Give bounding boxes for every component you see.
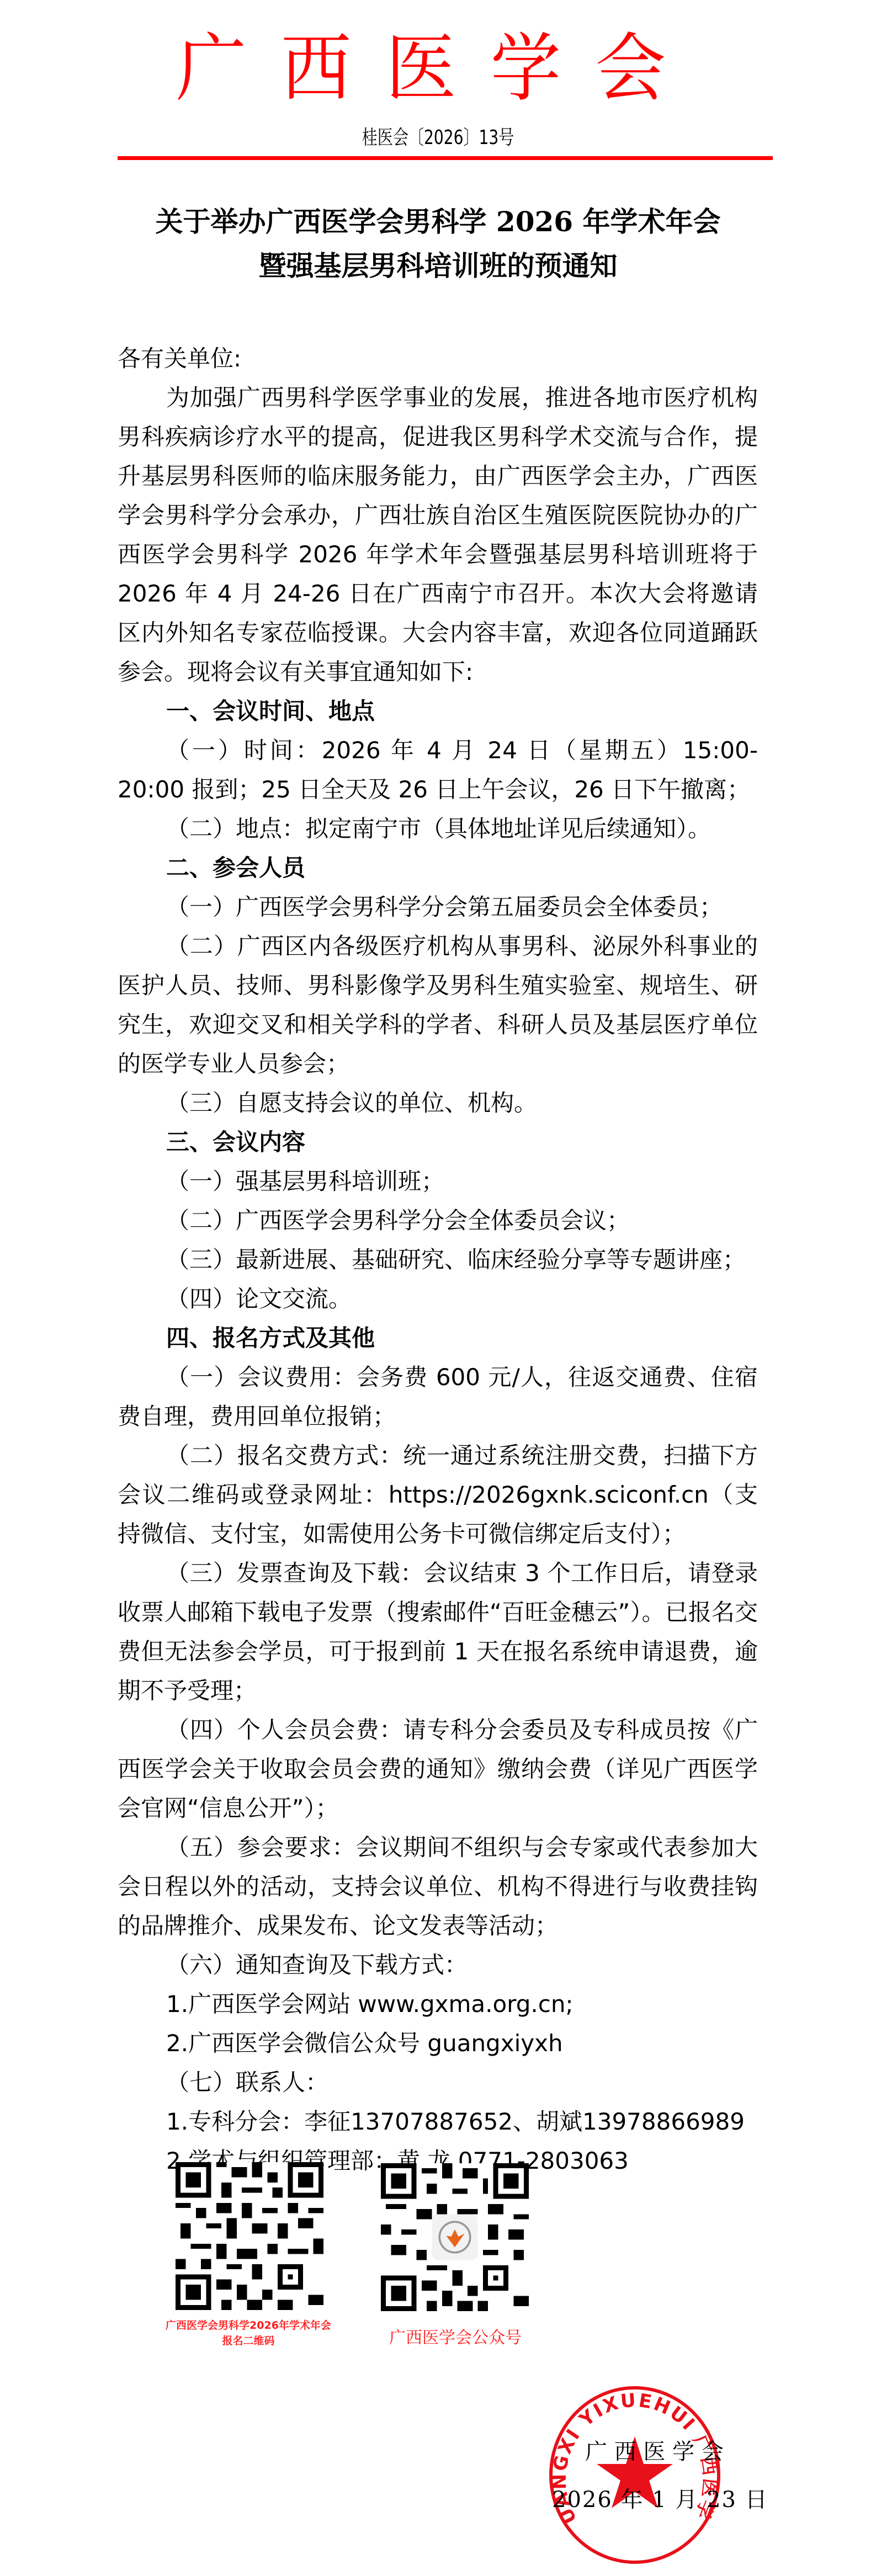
section-item: （一）广西医学会男科学分会第五届委员会全体委员； [118,887,758,927]
section-item-registration-url[interactable]: （二）报名交费方式：统一通过系统注册交费，扫描下方会议二维码或登录网址：http… [118,1436,758,1553]
download-website-link[interactable]: 1.广西医学会网站 www.gxma.org.cn; [118,1984,758,2024]
letterhead-divider [118,156,773,160]
document-number: 桂医会〔2026〕13号 [97,126,780,150]
qr-caption-line1: 广西医学会男科学2026年学术年会 [160,2318,337,2333]
registration-qr-caption: 广西医学会男科学2026年学术年会 报名二维码 [160,2318,337,2349]
section-item: （一）会议费用：会务费 600 元/人，往返交通费、住宿费自理，费用回单位报销； [118,1358,758,1436]
section-item: （二）广西医学会男科学分会全体委员会议； [118,1201,758,1240]
section-item: （三）自愿支持会议的单位、机构。 [118,1083,758,1122]
download-wechat: 2.广西医学会微信公众号 guangxiyxh [118,2024,758,2063]
download-heading: （六）通知查询及下载方式： [118,1945,758,1984]
section-item: （三）发票查询及下载：会议结束 3 个工作日后，请登录收票人邮箱下载电子发票（搜… [118,1553,758,1710]
salutation: 各有关单位: [118,339,758,378]
section-item: （一）强基层男科培训班； [118,1162,758,1201]
wechat-qr-code-icon[interactable] [381,2163,529,2311]
section-heading-content: 三、会议内容 [118,1122,758,1162]
registration-qr-code-icon[interactable] [176,2162,323,2310]
section-item: （二）广西区内各级医疗机构从事男科、泌尿外科事业的医护人员、技师、男科影像学及男… [118,927,758,1083]
signature-date: 2026 年 1 月 23 日 [552,2486,768,2514]
contacts-heading: （七）联系人： [118,2063,758,2102]
official-seal-icon: GUANGXI YIXUEHUI 广西医学会 [546,2384,723,2566]
section-heading-registration: 四、报名方式及其他 [118,1318,758,1358]
section-item: （五）参会要求：会议期间不组织与会专家或代表参加大会日程以外的活动，支持会议单位… [118,1828,758,1945]
intro-paragraph: 为加强广西男科学医学事业的发展，推进各地市医疗机构男科疾病诊疗水平的提高，促进我… [118,378,758,691]
letterhead-org-name: 广西医学会 [0,29,876,110]
contact-item: 1.专科分会：李征13707887652、胡斌13978866989 [118,2102,758,2141]
notice-title-line1: 关于举办广西医学会男科学 2026 年学术年会 [0,205,876,238]
section-item: （二）地点：拟定南宁市（具体地址详见后续通知）。 [118,809,758,848]
wechat-qr-caption: 广西医学会公众号 [370,2328,541,2349]
section-item: （三）最新进展、基础研究、临床经验分享等专题讲座； [118,1240,758,1279]
qr-caption-line2: 报名二维码 [160,2333,337,2349]
section-heading-time-place: 一、会议时间、地点 [118,691,758,731]
section-item: （四）个人会员会费：请专科分会委员及专科成员按《广西医学会关于收取会员会费的通知… [118,1710,758,1828]
section-heading-attendees: 二、参会人员 [118,848,758,887]
notice-body: 各有关单位: 为加强广西男科学医学事业的发展，推进各地市医疗机构男科疾病诊疗水平… [118,339,758,2180]
section-item: （一）时间：2026 年 4 月 24 日（星期五）15:00-20:00 报到… [118,731,758,809]
notice-title-line2: 暨强基层男科培训班的预通知 [0,249,876,283]
signature-org: 广 西 医 学 会 [585,2438,724,2466]
section-item: （四）论文交流。 [118,1279,758,1318]
